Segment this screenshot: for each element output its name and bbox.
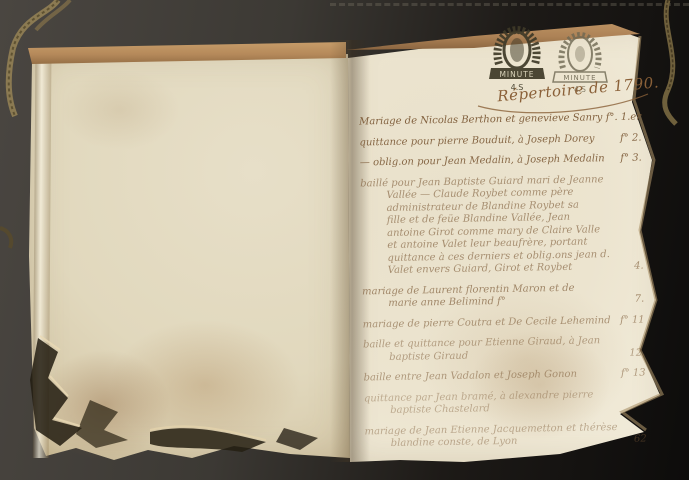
entry-folio-number: f°. 1.er	[595, 112, 641, 125]
register-entry: baillé pour Jean Baptiste Guiard mari de…	[360, 173, 644, 278]
entry-text: — oblig.on pour Jean Medalin, à Joseph M…	[360, 153, 596, 170]
stamp-label: MINUTE	[499, 70, 534, 79]
entry-line: mariage de pierre Coutra et De Cecile Le…	[363, 315, 599, 332]
entry-text: baille et quittance pour Etienne Giraud,…	[363, 335, 599, 364]
entry-text: quittance pour pierre Bouduit, à Joseph …	[359, 133, 595, 150]
entry-folio-number: 4.	[598, 261, 644, 274]
entry-line: quittance pour pierre Bouduit, à Joseph …	[359, 133, 595, 150]
entry-line: baille entre Jean Vadalon et Joseph Gono…	[364, 368, 600, 385]
register-entry: mariage de Jean Etienne Jacquemetton et …	[364, 421, 646, 451]
entry-folio-number: f° 13	[599, 368, 645, 381]
register-entry: mariage de Laurent florentin Maron et de…	[362, 281, 644, 311]
entry-line: — oblig.on pour Jean Medalin, à Joseph M…	[360, 153, 596, 170]
entry-folio-number: 7.	[598, 294, 644, 307]
left-page-inside-cover	[28, 46, 350, 462]
cover-turnin-fold	[33, 62, 52, 458]
binding-cord-right	[665, 0, 676, 124]
entry-text: mariage de pierre Coutra et De Cecile Le…	[363, 315, 599, 332]
register-entry: baille et quittance pour Etienne Giraud,…	[363, 335, 645, 365]
handwriting-column: Mariage de Nicolas Berthon et genevieve …	[359, 112, 647, 459]
entry-folio-number: 62	[601, 434, 647, 447]
register-entry: quittance par Jean bramé, à alexandre pi…	[364, 388, 646, 418]
entry-text: quittance par Jean bramé, à alexandre pi…	[364, 389, 600, 418]
photograph-of-open-register: MINUTE 4.S MINUTE 4.S Répertoire de 1790…	[0, 0, 689, 480]
film-edge-dashes	[330, 3, 689, 6]
entry-text: Mariage de Nicolas Berthon et genevieve …	[359, 112, 595, 129]
entry-line: baptiste Chastelard	[364, 401, 600, 418]
entry-text: baillé pour Jean Baptiste Guiard mari de…	[360, 174, 598, 278]
register-entry: mariage de pierre Coutra et De Cecile Le…	[363, 314, 645, 331]
entry-folio-number	[600, 413, 646, 414]
entry-text: mariage de Jean Etienne Jacquemetton et …	[364, 422, 600, 451]
register-entry: baille entre Jean Vadalon et Joseph Gono…	[364, 368, 646, 385]
cord-stub-left	[0, 228, 11, 248]
entry-folio-number: f° 2.	[595, 132, 641, 145]
register-entry: quittance pour pierre Bouduit, à Joseph …	[359, 132, 641, 149]
entry-folio-number: f° 3.	[596, 153, 642, 166]
entry-folio-number: f° 11	[599, 314, 645, 327]
entry-line: Mariage de Nicolas Berthon et genevieve …	[359, 112, 595, 129]
entry-text: baille entre Jean Vadalon et Joseph Gono…	[364, 368, 600, 385]
entry-text: mariage de Laurent florentin Maron et de…	[362, 282, 598, 311]
entry-folio-number: 12.	[599, 347, 645, 360]
entry-line: marie anne Belimind f°	[362, 294, 598, 311]
register-entry: — oblig.on pour Jean Medalin, à Joseph M…	[360, 153, 642, 170]
